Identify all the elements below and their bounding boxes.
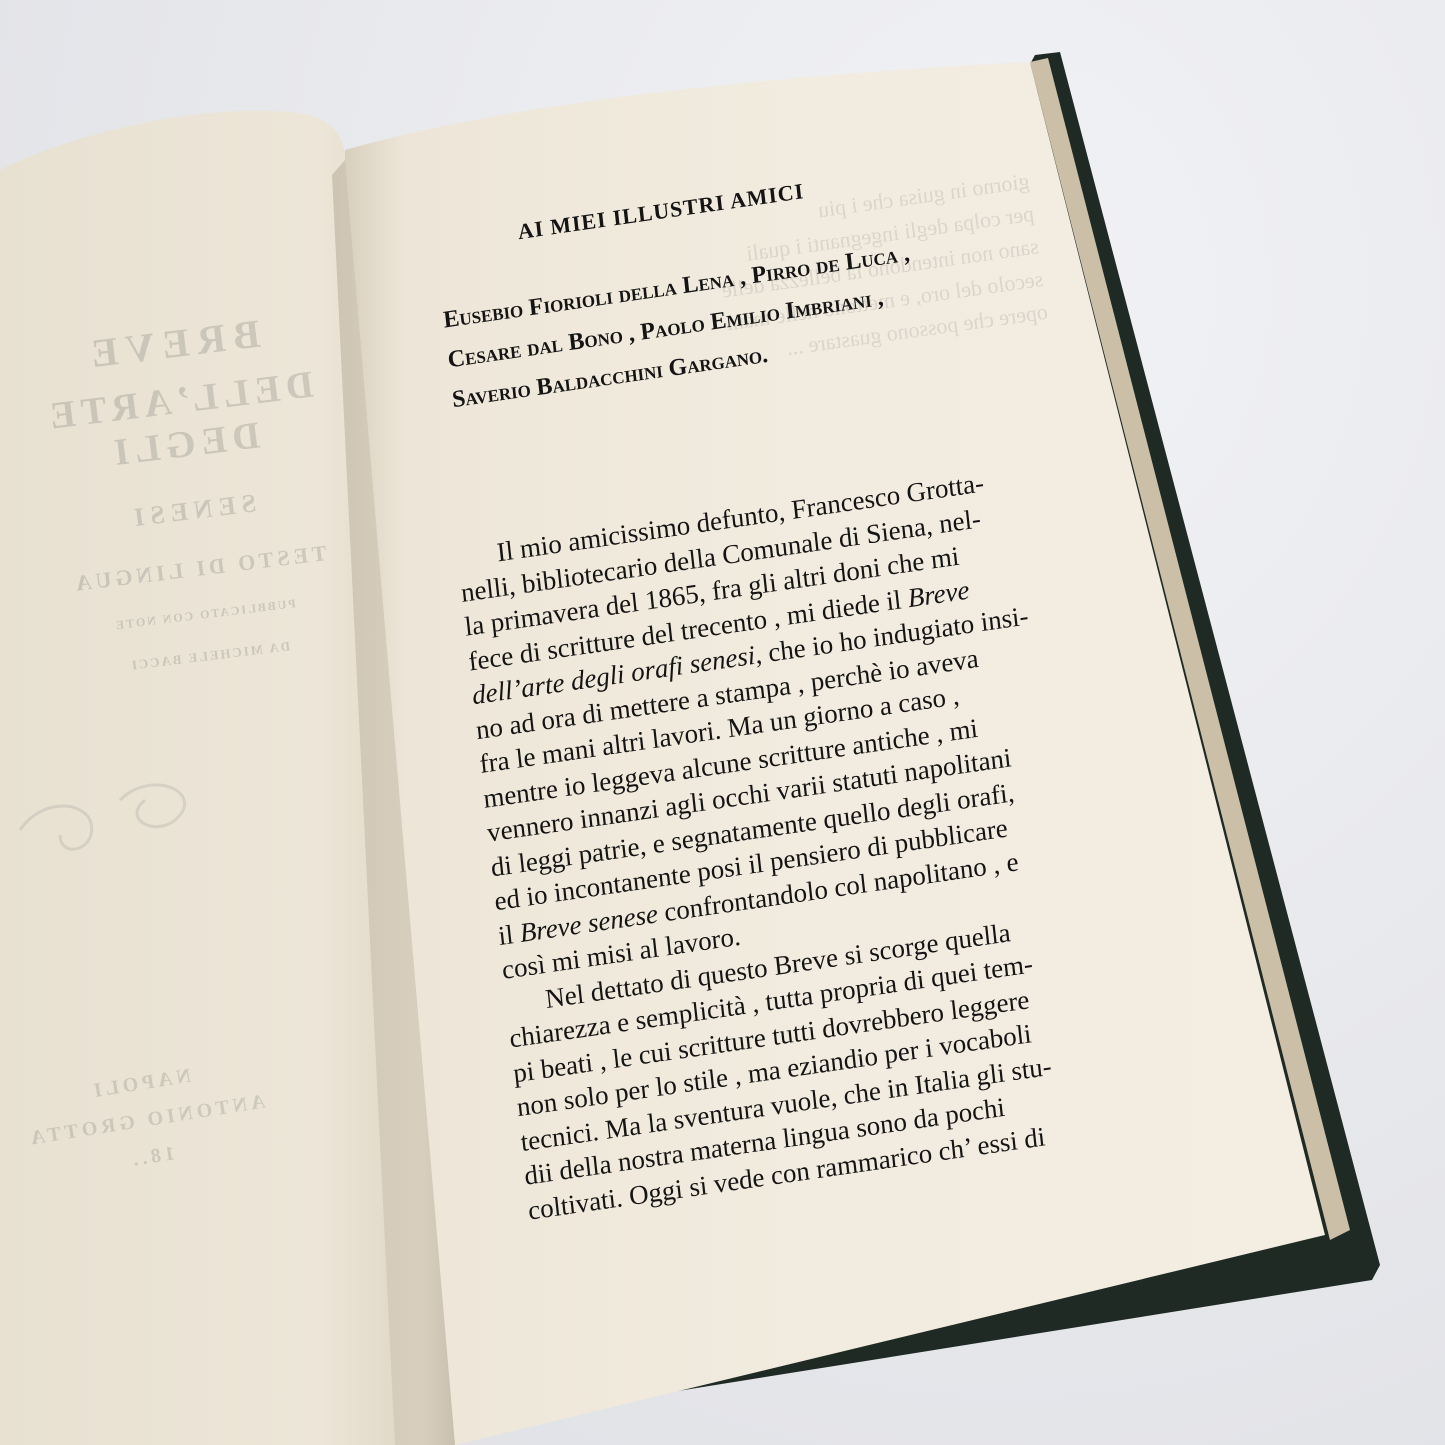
open-book bbox=[0, 0, 1445, 1445]
photo-scene: giorno in guisa che i piu per colpa degl… bbox=[0, 0, 1445, 1445]
right-page bbox=[345, 62, 1325, 1445]
